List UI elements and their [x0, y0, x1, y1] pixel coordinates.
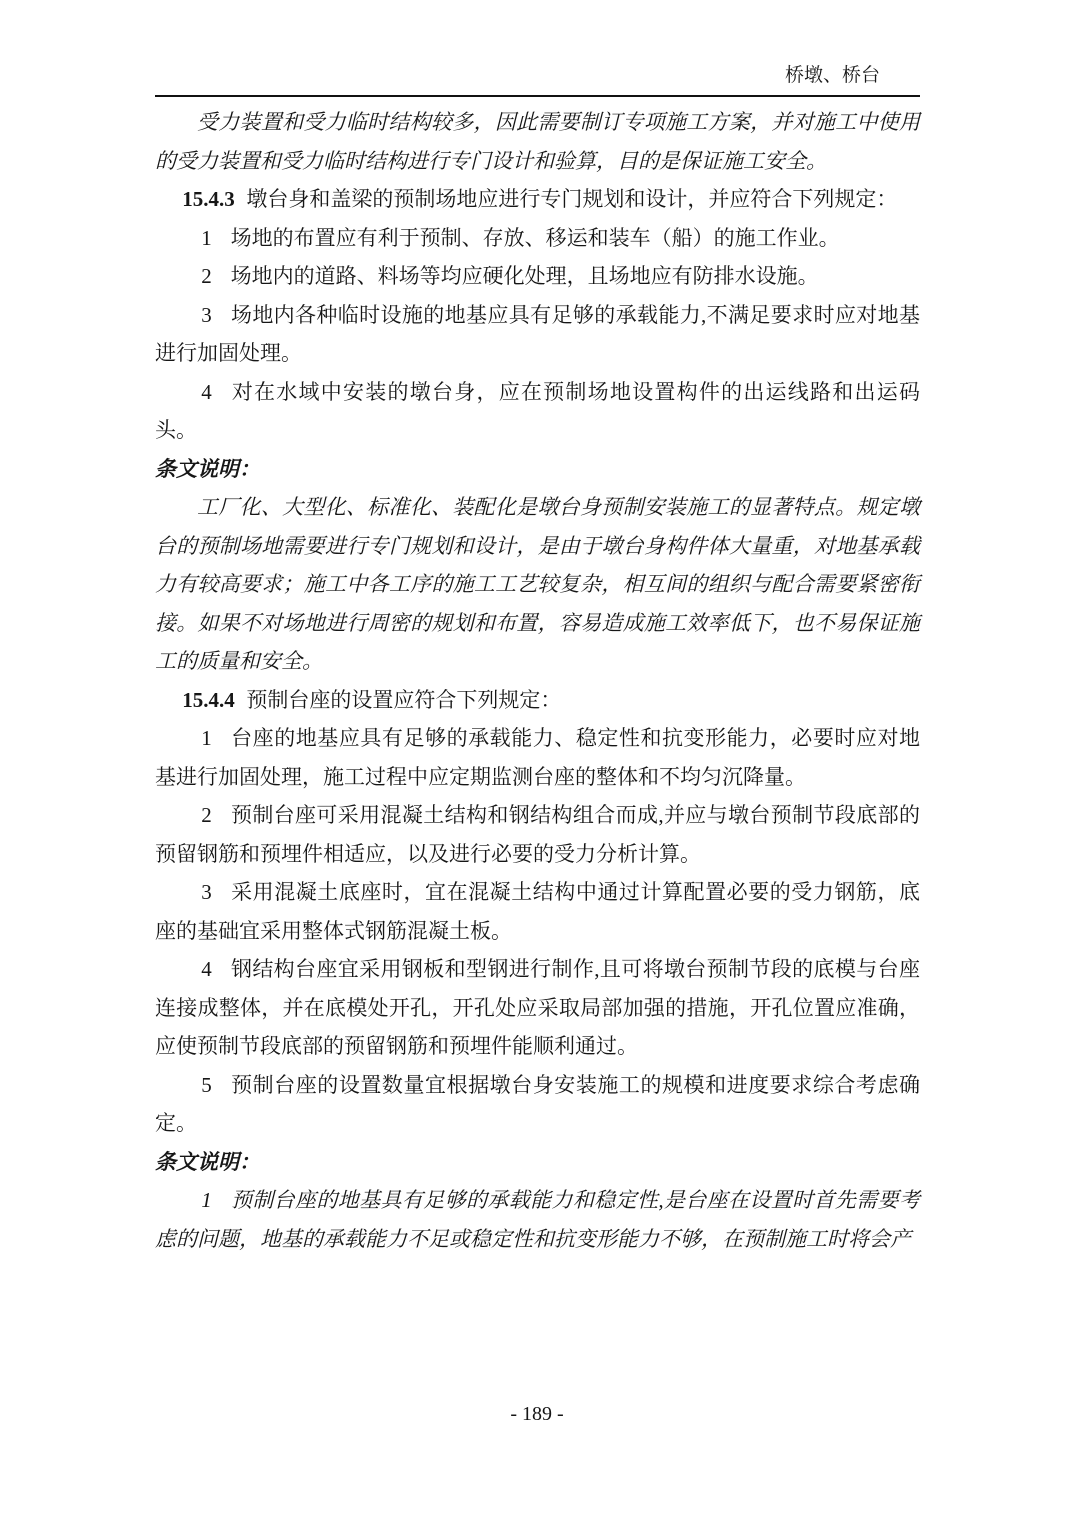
item-number: 3 [201, 880, 212, 904]
item-number: 2 [201, 803, 212, 827]
item-text: 钢结构台座宜采用钢板和型钢进行制作,且可将墩台预制节段的底模与台座连接成整体，并… [155, 957, 920, 1058]
page-header: 桥墩、桥台 [155, 0, 920, 97]
clause-item: 2场地内的道路、料场等均应硬化处理，且场地应有防排水设施。 [155, 257, 920, 296]
item-text: 对在水域中安装的墩台身，应在预制场地设置构件的出运线路和出运码头。 [155, 380, 920, 443]
item-number: 4 [201, 957, 212, 981]
clause-item: 1场地的布置应有利于预制、存放、移运和装车（船）的施工作业。 [155, 219, 920, 258]
document-page: 桥墩、桥台 受力装置和受力临时结构较多，因此需要制订专项施工方案，并对施工中使用… [0, 0, 1074, 1520]
item-text: 采用混凝土底座时，宜在混凝土结构中通过计算配置必要的受力钢筋，底座的基础宜采用整… [155, 880, 920, 943]
item-text: 场地的布置应有利于预制、存放、移运和装车（船）的施工作业。 [231, 226, 840, 250]
clause-item: 3采用混凝土底座时，宜在混凝土结构中通过计算配置必要的受力钢筋，底座的基础宜采用… [155, 873, 920, 950]
header-rule [155, 95, 920, 97]
item-number: 4 [201, 380, 212, 404]
clause-title: 预制台座的设置应符合下列规定： [246, 688, 561, 712]
clause-item: 5预制台座的设置数量宜根据墩台身安装施工的规模和进度要求综合考虑确定。 [155, 1066, 920, 1143]
clause-title: 墩台身和盖梁的预制场地应进行专门规划和设计，并应符合下列规定： [246, 187, 897, 211]
commentary-item-paragraph: 1预制台座的地基具有足够的承载能力和稳定性,是台座在设置时首先需要考虑的问题，地… [155, 1181, 920, 1258]
commentary-paragraph: 工厂化、大型化、标准化、装配化是墩台身预制安装施工的显著特点。规定墩台的预制场地… [155, 488, 920, 681]
commentary-label: 条文说明： [155, 1143, 920, 1182]
item-text: 场地内的道路、料场等均应硬化处理，且场地应有防排水设施。 [231, 264, 819, 288]
clause-item: 3场地内各种临时设施的地基应具有足够的承载能力,不满足要求时应对地基进行加固处理… [155, 296, 920, 373]
item-text: 预制台座的地基具有足够的承载能力和稳定性,是台座在设置时首先需要考虑的问题，地基… [155, 1188, 920, 1251]
commentary-continuation-paragraph: 受力装置和受力临时结构较多，因此需要制订专项施工方案，并对施工中使用的受力装置和… [155, 103, 920, 180]
commentary-label: 条文说明： [155, 450, 920, 489]
item-text: 预制台座的设置数量宜根据墩台身安装施工的规模和进度要求综合考虑确定。 [155, 1073, 920, 1136]
item-number: 1 [201, 726, 212, 750]
page-body: 受力装置和受力临时结构较多，因此需要制订专项施工方案，并对施工中使用的受力装置和… [155, 103, 920, 1258]
clause-15-4-3-heading: 15.4.3墩台身和盖梁的预制场地应进行专门规划和设计，并应符合下列规定： [155, 180, 920, 219]
item-number: 1 [201, 1188, 212, 1212]
clause-item: 4对在水域中安装的墩台身，应在预制场地设置构件的出运线路和出运码头。 [155, 373, 920, 450]
clause-number: 15.4.4 [182, 688, 235, 712]
page-number: - 189 - [0, 1402, 1074, 1426]
clause-15-4-4-heading: 15.4.4预制台座的设置应符合下列规定： [155, 681, 920, 720]
clause-item: 4钢结构台座宜采用钢板和型钢进行制作,且可将墩台预制节段的底模与台座连接成整体，… [155, 950, 920, 1066]
item-text: 预制台座可采用混凝土结构和钢结构组合而成,并应与墩台预制节段底部的预留钢筋和预埋… [155, 803, 920, 866]
running-head: 桥墩、桥台 [155, 0, 920, 95]
item-number: 5 [201, 1073, 212, 1097]
clause-item: 1台座的地基应具有足够的承载能力、稳定性和抗变形能力，必要时应对地基进行加固处理… [155, 719, 920, 796]
item-number: 2 [201, 264, 212, 288]
item-number: 1 [201, 226, 212, 250]
item-number: 3 [201, 303, 212, 327]
clause-number: 15.4.3 [182, 187, 235, 211]
clause-item: 2预制台座可采用混凝土结构和钢结构组合而成,并应与墩台预制节段底部的预留钢筋和预… [155, 796, 920, 873]
item-text: 台座的地基应具有足够的承载能力、稳定性和抗变形能力，必要时应对地基进行加固处理，… [155, 726, 920, 789]
item-text: 场地内各种临时设施的地基应具有足够的承载能力,不满足要求时应对地基进行加固处理。 [155, 303, 920, 366]
